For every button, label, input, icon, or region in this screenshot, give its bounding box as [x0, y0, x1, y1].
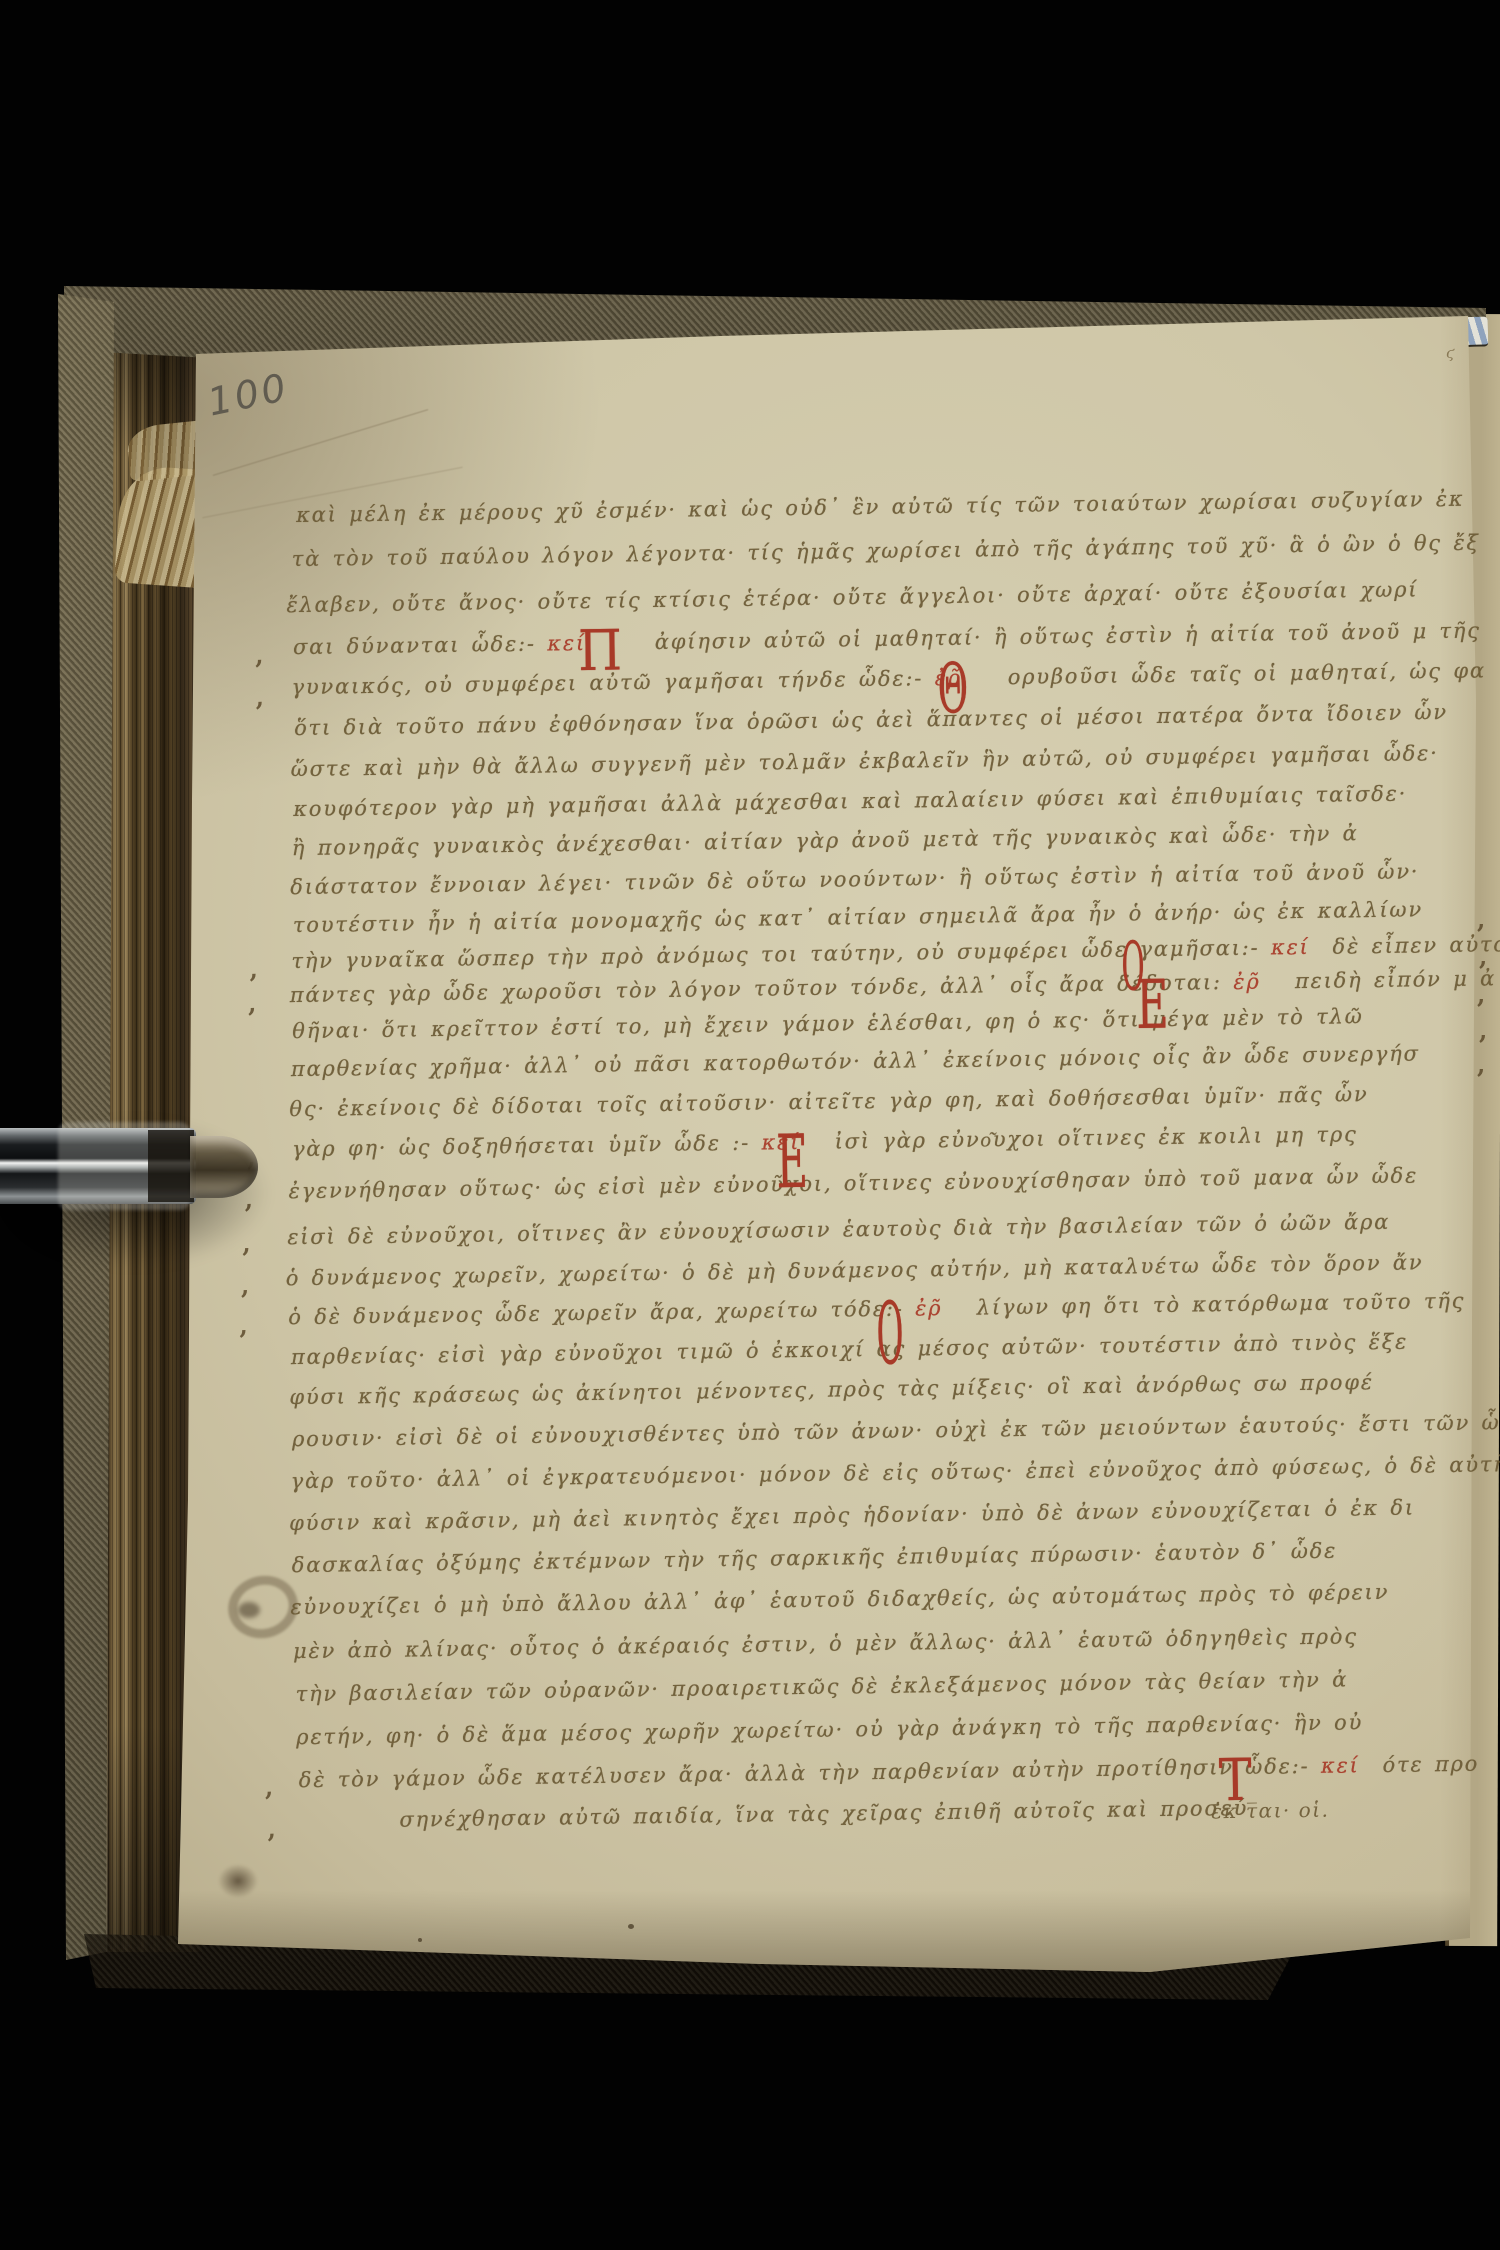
line-text: ὥστε καὶ μὴν θὰ ἄλλω συγγενῆ μὲν τολμᾶν …: [291, 741, 1439, 781]
line-text: ὁ δυνάμενος χωρεῖν, χωρείτω· ὁ δὲ μὴ δυν…: [286, 1250, 1424, 1290]
rubric-initial: Ο: [876, 1292, 904, 1378]
rubric-marker: ἐρ̃: [915, 1296, 943, 1320]
line-text: ρουσιν· εἰσὶ δὲ οἱ εὐνουχισθέντες ὑπὸ τῶ…: [292, 1410, 1500, 1451]
line-text: εὐνουχίζει ὁ μὴ ὑπὸ ἄλλου ἀλλ᾽ ἀφ᾽ ἑαυτο…: [290, 1580, 1389, 1619]
corner-mark: ϛ: [1446, 344, 1454, 362]
margin-mark: ,: [255, 682, 264, 711]
rubric-initial: Π: [578, 623, 623, 680]
text-line: τὴν γυναῖκα ὥσπερ τὴν πρὸ ἀνόμως τοι ταύ…: [291, 931, 1500, 973]
rubric-initial: Ε: [776, 1125, 809, 1199]
text-line: σαι δύνανται ὧδε:- κεί ἀφίησιν αὐτῶ οἱ μ…: [293, 618, 1481, 659]
text-line: πάντες γὰρ ὧδε χωροῦσι τὸν λόγον τοῦτον …: [290, 966, 1497, 1007]
line-text: ορυβοῦσι ὧδε ταῖς οἱ μαθηταί, ὡς φα: [962, 658, 1486, 689]
rubric-marker: κεί: [1321, 1753, 1360, 1778]
text-line: σηνέχθησαν αὐτῶ παιδία, ἵνα τὰς χεῖρας ἐ…: [399, 1796, 1248, 1832]
line-text: φύσι κῆς κράσεως ὡς ἀκίνητοι μένοντες, π…: [289, 1370, 1374, 1409]
glass-rod-collar: [148, 1130, 194, 1202]
line-text: θῆναι· ὅτι κρεῖττον ἐστί το, μὴ ἔχειν γά…: [292, 1004, 1364, 1043]
line-text: φύσιν καὶ κρᾶσιν, μὴ ἀεὶ κινητὸς ἔχει πρ…: [289, 1495, 1415, 1535]
manuscript-photo: ,,,,, 100 καὶ μέλη ἐκ μέρους χῦ ἐσμέν· κ…: [0, 0, 1500, 2250]
text-line: δασκαλίας ὀξύμης ἐκτέμνων τὴν τῆς σαρκικ…: [292, 1539, 1338, 1578]
line-text: ότε προ: [1359, 1752, 1479, 1778]
text-line: δὲ τὸν γάμον ὧδε κατέλυσεν ἄρα· ἀλλὰ τὴν…: [299, 1752, 1480, 1792]
margin-mark: ,: [248, 989, 257, 1018]
line-text: παρθενίας χρῆμα· ἀλλ᾽ οὐ πᾶσι κατορθωτόν…: [291, 1041, 1420, 1081]
line-text: πειδὴ εἶπόν μ ἀ: [1260, 966, 1496, 993]
text-line: φύσι κῆς κράσεως ὡς ἀκίνητοι μένοντες, π…: [289, 1370, 1374, 1409]
line-text: πάντες γὰρ ὧδε χωροῦσι τὸν λόγον τοῦτον …: [290, 970, 1234, 1007]
line-text: ἰσὶ γὰρ εὐνο͂υχοι οἵτινες ἐκ κοιλι μη τρ…: [800, 1122, 1358, 1154]
line-text: ἐγεννήθησαν οὕτως· ὡς εἰσὶ μὲν εὐνοῦχοι,…: [288, 1163, 1418, 1203]
margin-mark: ,: [239, 1311, 248, 1340]
text-line: τουτέστιν ἦν ἡ αἰτία μονομαχῆς ὡς κατ᾽ α…: [293, 897, 1423, 937]
line-text: καὶ μέλη ἐκ μέρους χῦ ἐσμέν· καὶ ὡς οὐδ᾽…: [296, 487, 1465, 527]
line-text: δὲ εἶπεν αὐτοῖς· οὐ: [1309, 931, 1500, 959]
text-line: γυναικός, οὐ συμφέρει αὐτῶ γαμῆσαι τήνδε…: [291, 658, 1486, 699]
rubric-marker: ἐρ̃: [1233, 970, 1261, 994]
text-line: θς· ἐκείνοις δὲ δίδοται τοῖς αἰτοῦσιν· α…: [289, 1082, 1368, 1121]
line-text: ὁ δὲ δυνάμενος ὧδε χωρεῖν ἄρα, χωρείτω τ…: [288, 1296, 915, 1329]
line-text: θς· ἐκείνοις δὲ δίδοται τοῖς αἰτοῦσιν· α…: [289, 1082, 1368, 1121]
text-line: μὲν ἀπὸ κλίνας· οὗτος ὁ ἀκέραιός ἐστιν, …: [293, 1624, 1358, 1663]
line-text: παρθενίας· εἰσὶ γὰρ εὐνοῦχοι τιμῶ ὁ ἐκκο…: [291, 1330, 1408, 1370]
text-line: θῆναι· ὅτι κρεῖττον ἐστί το, μὴ ἔχειν γά…: [292, 1004, 1364, 1043]
text-line: καὶ μέλη ἐκ μέρους χῦ ἐσμέν· καὶ ὡς οὐδ᾽…: [296, 487, 1465, 527]
text-line: κουφότερον γὰρ μὴ γαμῆσαι ἀλλὰ μάχεσθαι …: [293, 782, 1407, 822]
line-text: σηνέχθησαν αὐτῶ παιδία, ἵνα τὰς χεῖρας ἐ…: [399, 1796, 1248, 1832]
line-text: τουτέστιν ἦν ἡ αἰτία μονομαχῆς ὡς κατ᾽ α…: [293, 897, 1423, 937]
line-text: σαι δύνανται ὧδε:-: [293, 631, 548, 659]
text-line: παρθενίας· εἰσὶ γὰρ εὐνοῦχοι τιμῶ ὁ ἐκκο…: [291, 1330, 1408, 1370]
text-line: τὰ τὸν τοῦ παύλου λόγον λέγοντα· τίς ἡμᾶ…: [292, 530, 1480, 571]
margin-marks-layer: ,,,,,,,,,,,: [0, 0, 1484, 4]
text-line: ὅτι διὰ τοῦτο πάνυ ἐφθόνησαν ἵνα ὁρῶσι ὡ…: [294, 700, 1448, 740]
line-text: γὰρ φη· ὡς δοξηθήσεται ὑμῖν ὧδε :-: [292, 1131, 762, 1162]
line-text: κουφότερον γὰρ μὴ γαμῆσαι ἀλλὰ μάχεσθαι …: [293, 782, 1407, 822]
text-line: τὴν βασιλείαν τῶν οὐρανῶν· προαιρετικῶς …: [295, 1667, 1348, 1706]
line-text: λίγων φη ὅτι τὸ κατόρθωμα τοῦτο τῆς: [942, 1289, 1465, 1320]
line-text: εἰσὶ δὲ εὐνοῦχοι, οἵτινες ἂν εὐνουχίσωσι…: [287, 1210, 1390, 1249]
line-text: διάστατον ἔννοιαν λέγει· τινῶν δὲ οὕτω ν…: [290, 859, 1419, 899]
line-text: γὰρ τοῦτο· ἀλλ᾽ οἱ ἐγκρατευόμενοι· μόνον…: [290, 1452, 1500, 1493]
text-line: διάστατον ἔννοιαν λέγει· τινῶν δὲ οὕτω ν…: [290, 859, 1419, 899]
text-line: εὐνουχίζει ὁ μὴ ὑπὸ ἄλλου ἀλλ᾽ ἀφ᾽ ἑαυτο…: [290, 1580, 1389, 1619]
text-lines-layer: καὶ μέλη ἐκ μέρους χῦ ἐσμέν· καὶ ὡς οὐδ᾽…: [0, 0, 1484, 4]
line-text: μὲν ἀπὸ κλίνας· οὗτος ὁ ἀκέραιός ἐστιν, …: [293, 1624, 1358, 1663]
line-text: ρετήν, φη· ὁ δὲ ἅμα μέσος χωρῆν χωρείτω·…: [296, 1710, 1363, 1749]
text-line: ρουσιν· εἰσὶ δὲ οἱ εὐνουχισθέντες ὑπὸ τῶ…: [292, 1410, 1500, 1451]
text-line: φύσιν καὶ κρᾶσιν, μὴ ἀεὶ κινητὸς ἔχει πρ…: [289, 1495, 1415, 1535]
text-line: εἰσὶ δὲ εὐνοῦχοι, οἵτινες ἂν εὐνουχίσωσι…: [287, 1210, 1390, 1249]
line-text: ἀφίησιν αὐτῶ οἱ μαθηταί· ἢ οὕτως ἐστὶν ἡ…: [586, 618, 1481, 654]
line-text: δὲ τὸν γάμον ὧδε κατέλυσεν ἄρα· ἀλλὰ τὴν…: [299, 1754, 1321, 1792]
line-text: τὰ τὸν τοῦ παύλου λόγον λέγοντα· τίς ἡμᾶ…: [292, 530, 1480, 571]
line-text: δασκαλίας ὀξύμης ἐκτέμνων τὴν τῆς σαρκικ…: [292, 1539, 1338, 1578]
rubric-marker: κεί: [1271, 935, 1310, 960]
text-line: ἔλαβεν, οὔτε ἄνος· οὔτε τίς κτίσις ἑτέρα…: [286, 577, 1418, 617]
text-line: ἢ πονηρᾶς γυναικὸς ἀνέχεσθαι· αἰτίαν γὰρ…: [292, 821, 1359, 860]
rubric-initial: Θ: [937, 655, 968, 724]
line-text: ἔλαβεν, οὔτε ἄνος· οὔτε τίς κτίσις ἑτέρα…: [286, 577, 1418, 617]
text-line: ὁ δυνάμενος χωρεῖν, χωρείτω· ὁ δὲ μὴ δυν…: [286, 1250, 1424, 1290]
text-line: παρθενίας χρῆμα· ἀλλ᾽ οὐ πᾶσι κατορθωτόν…: [291, 1041, 1420, 1081]
text-line: γὰρ τοῦτο· ἀλλ᾽ οἱ ἐγκρατευόμενοι· μόνον…: [290, 1452, 1500, 1493]
margin-mark: ,: [241, 1271, 250, 1300]
end-note: ἐκ τ̅αι· οἱ.: [1211, 1798, 1329, 1824]
margin-mark: ,: [265, 1772, 274, 1801]
line-text: ὅτι διὰ τοῦτο πάνυ ἐφθόνησαν ἵνα ὁρῶσι ὡ…: [294, 700, 1448, 740]
margin-mark: ,: [249, 955, 258, 984]
text-line: ἐγεννήθησαν οὕτως· ὡς εἰσὶ μὲν εὐνοῦχοι,…: [288, 1163, 1418, 1203]
margin-mark: ,: [267, 1814, 276, 1843]
folio-number: 100: [204, 365, 293, 425]
rubric-initial: Ε: [1136, 972, 1170, 1040]
margin-mark: ,: [255, 640, 264, 669]
rubric-initials-layer: ΠΘΟΕΕΟΤ: [0, 0, 1484, 4]
text-line: ὥστε καὶ μὴν θὰ ἄλλω συγγενῆ μὲν τολμᾶν …: [291, 741, 1439, 781]
text-line: ρετήν, φη· ὁ δὲ ἅμα μέσος χωρῆν χωρείτω·…: [296, 1710, 1363, 1749]
text-line: γὰρ φη· ὡς δοξηθήσεται ὑμῖν ὧδε :- κεί ἰ…: [292, 1122, 1358, 1162]
line-text: τὴν βασιλείαν τῶν οὐρανῶν· προαιρετικῶς …: [295, 1667, 1348, 1706]
line-text: ἢ πονηρᾶς γυναικὸς ἀνέχεσθαι· αἰτίαν γὰρ…: [292, 821, 1359, 860]
